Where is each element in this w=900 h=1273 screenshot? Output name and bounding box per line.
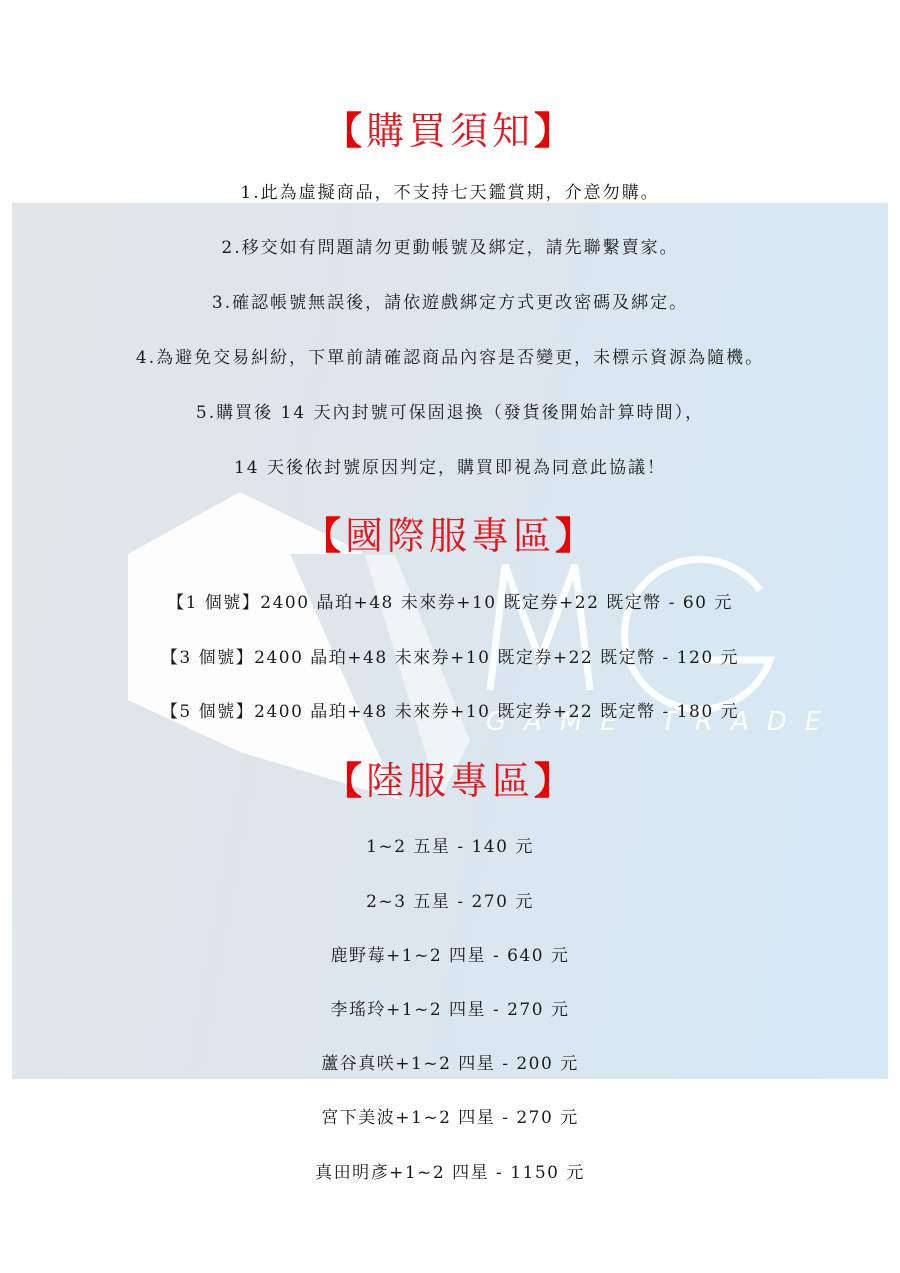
notice-item-1: 1.此為虛擬商品，不支持七天鑑賞期，介意勿購。 [0,178,900,203]
notice-title: 【購買須知】 [0,100,900,155]
notice-item-5-cont: 14 天後依封號原因判定，購買即視為同意此協議！ [0,453,900,478]
mainland-title-text: 陸服專區 [366,759,534,803]
international-title: 【國際服專區】 [0,505,900,560]
notice-item-5: 5.購買後 14 天內封號可保固退換（發貨後開始計算時間）， [0,398,900,423]
notice-item-3: 3.確認帳號無誤後，請依遊戲綁定方式更改密碼及綁定。 [0,288,900,313]
mainland-item: 真田明彥+1~2 四星 - 1150 元 [0,1158,900,1183]
notice-title-text: 購買須知 [366,109,534,153]
international-item-5: 【5 個號】2400 晶珀+48 未來券+10 既定券+22 既定幣 - 180… [0,697,900,722]
international-item-3: 【3 個號】2400 晶珀+48 未來券+10 既定券+22 既定幣 - 120… [0,643,900,668]
mainland-item: 李瑤玲+1~2 四星 - 270 元 [0,995,900,1020]
notice-item-2: 2.移交如有問題請勿更動帳號及綁定，請先聯繫賣家。 [0,233,900,258]
mainland-item: 1~2 五星 - 140 元 [0,832,900,857]
mainland-title: 【陸服專區】 [0,750,900,805]
international-title-text: 國際服專區 [345,514,555,558]
mainland-item: 蘆谷真咲+1~2 四星 - 200 元 [0,1049,900,1074]
international-item-1: 【1 個號】2400 晶珀+48 未來券+10 既定券+22 既定幣 - 60 … [0,588,900,613]
notice-item-4: 4.為避免交易糾紛，下單前請確認商品內容是否變更，未標示資源為隨機。 [0,343,900,368]
mainland-item: 宮下美波+1~2 四星 - 270 元 [0,1103,900,1128]
mainland-item: 2~3 五星 - 270 元 [0,887,900,912]
mainland-item: 鹿野莓+1~2 四星 - 640 元 [0,941,900,966]
